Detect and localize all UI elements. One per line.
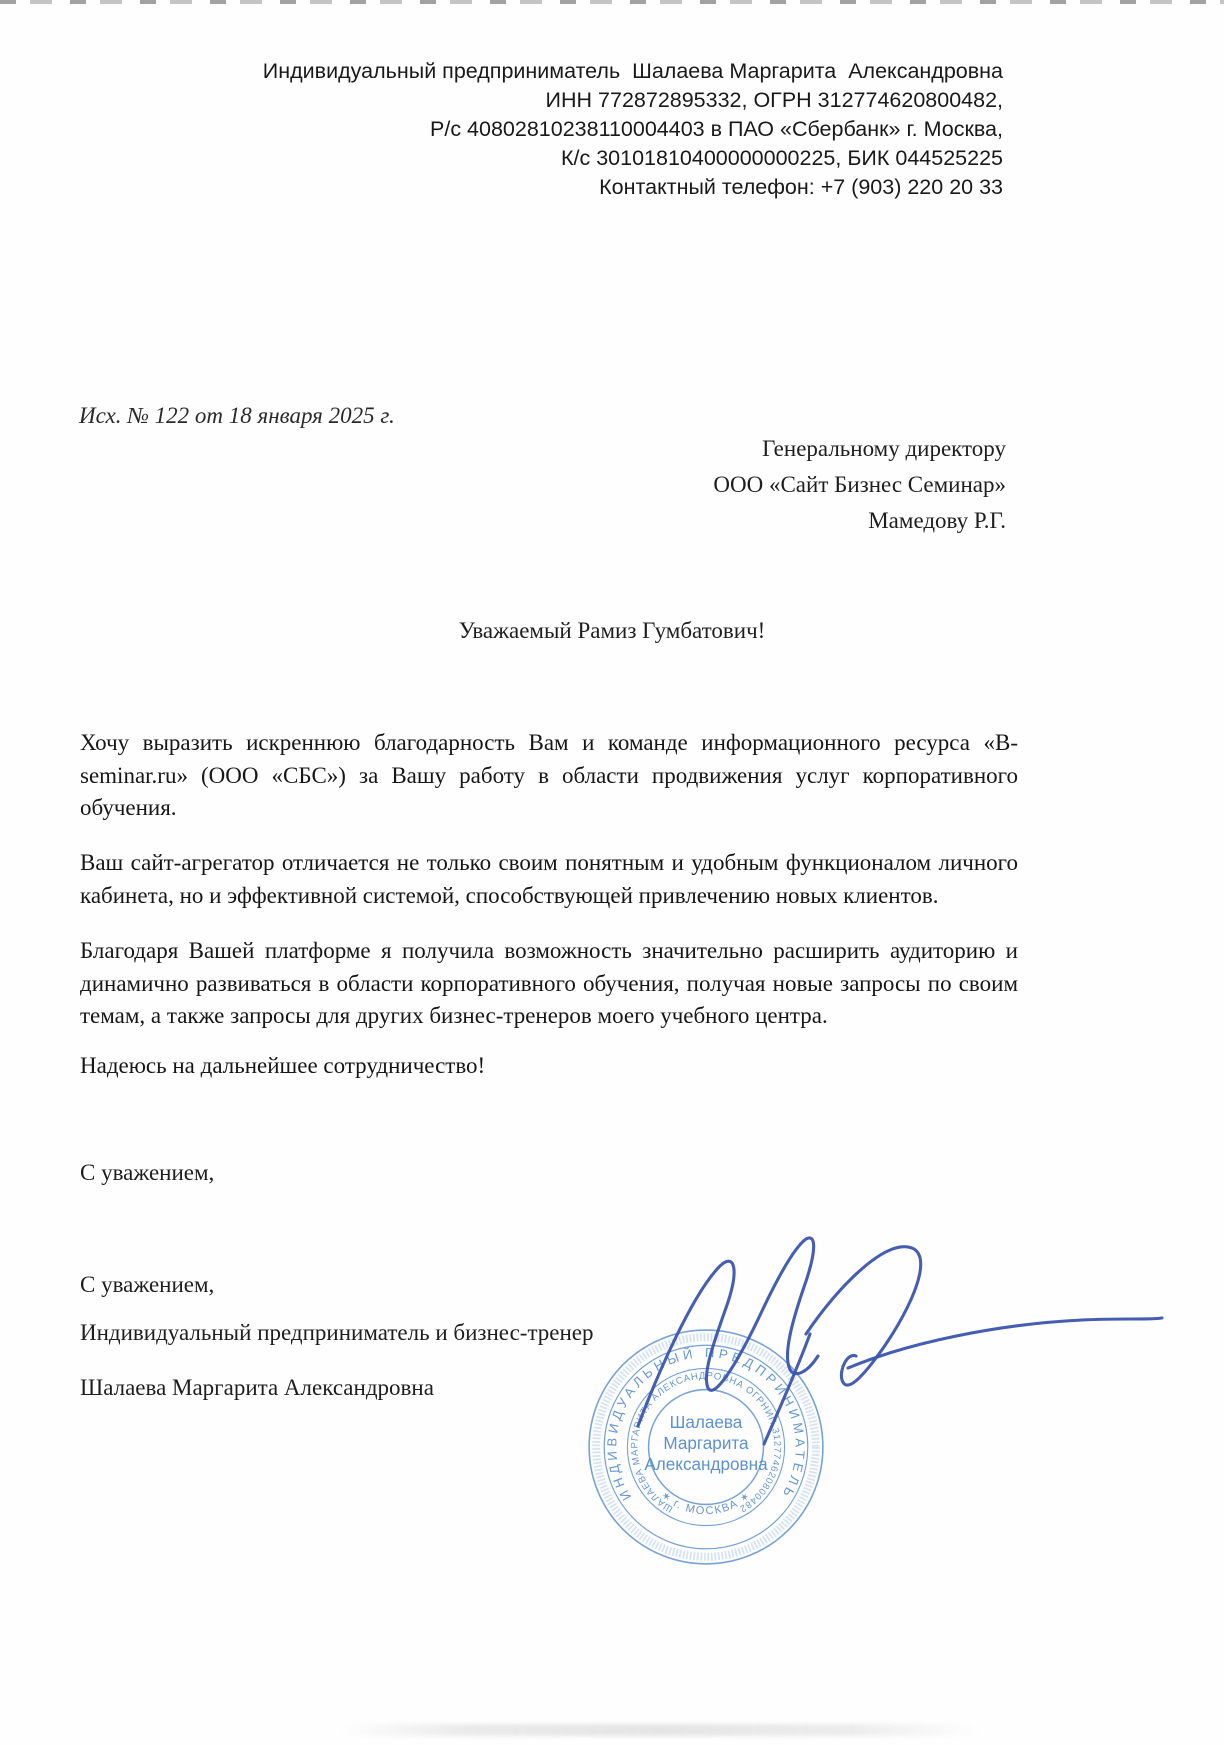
letter-page: Индивидуальный предприниматель Шалаева М… xyxy=(0,0,1224,1745)
addressee-person: Мамедову Р.Г. xyxy=(713,503,1006,539)
regards-line-1: С уважением, xyxy=(80,1160,214,1186)
signature-stroke-loop xyxy=(806,1247,921,1385)
signature-stroke-zigzag xyxy=(638,1238,818,1426)
body-paragraph-4: Надеюсь на дальнейшее сотрудничество! xyxy=(80,1050,1018,1083)
letterhead: Индивидуальный предприниматель Шалаева М… xyxy=(263,57,1003,202)
signer-name: Шалаева Маргарита Александровна xyxy=(80,1375,434,1401)
signer-role: Индивидуальный предприниматель и бизнес-… xyxy=(80,1320,594,1346)
scan-edge-artifact-bottom xyxy=(340,1724,980,1736)
signature-stroke-tail xyxy=(848,1318,1162,1368)
addressee-block: Генеральному директору ООО «Сайт Бизнес … xyxy=(713,431,1006,539)
body-paragraph-3: Благодаря Вашей платформе я получила воз… xyxy=(80,935,1018,1033)
outgoing-number-line: Исх. № 122 от 18 января 2025 г. xyxy=(79,403,395,429)
handwritten-signature xyxy=(560,1195,1200,1465)
letterhead-line-inn-ogrn: ИНН 772872895332, ОГРН 312774620800482, xyxy=(263,86,1003,115)
salutation: Уважаемый Рамиз Гумбатович! xyxy=(0,618,1224,644)
addressee-company: ООО «Сайт Бизнес Семинар» xyxy=(713,467,1006,503)
body-paragraph-1: Хочу выразить искреннюю благодарность Ва… xyxy=(80,727,1018,825)
scan-edge-artifact-top xyxy=(0,0,1224,4)
letterhead-line-phone: Контактный телефон: +7 (903) 220 20 33 xyxy=(263,173,1003,202)
letterhead-line-account: Р/с 40802810238110004403 в ПАО «Сбербанк… xyxy=(263,115,1003,144)
letterhead-line-corr-account: К/с 30101810400000000225, БИК 044525225 xyxy=(263,144,1003,173)
body-paragraph-2: Ваш сайт-агрегатор отличается не только … xyxy=(80,847,1018,912)
addressee-title: Генеральному директору xyxy=(713,431,1006,467)
regards-line-2: С уважением, xyxy=(80,1272,214,1298)
letterhead-line-entrepreneur: Индивидуальный предприниматель Шалаева М… xyxy=(263,57,1003,86)
